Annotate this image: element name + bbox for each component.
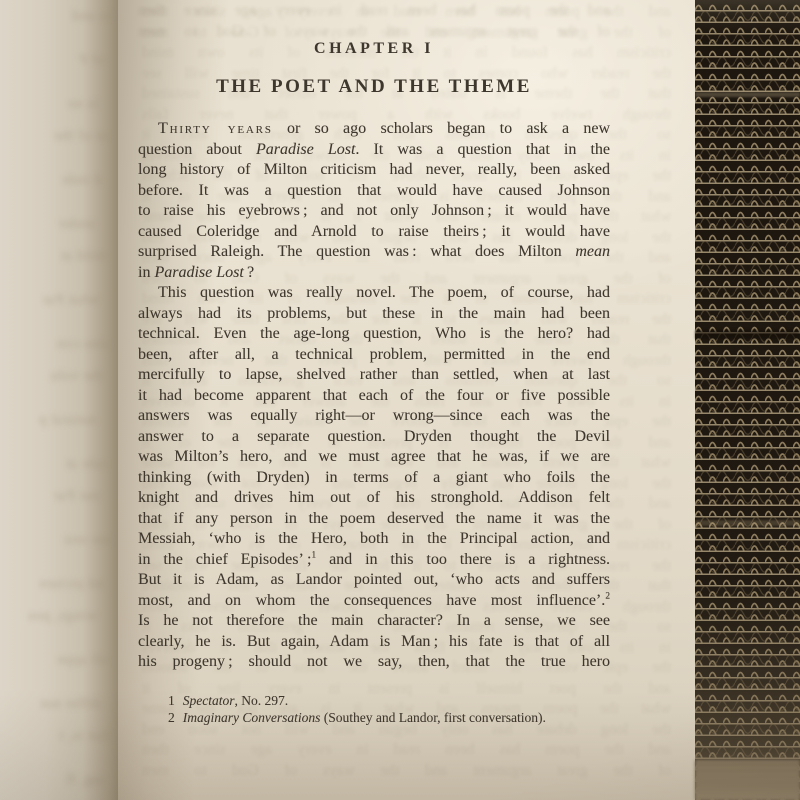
footnote-text: Spectator, No. 297. xyxy=(183,693,288,708)
facing-page-fragment: d inde xyxy=(62,172,102,189)
facing-page-fragment: to and xyxy=(72,8,112,25)
body-line: caused Coleridge and Arnold to raise the… xyxy=(138,222,610,243)
body-line: to raise his eyebrows ; and not only Joh… xyxy=(138,201,610,222)
facing-page-fragment: natural p xyxy=(39,412,96,429)
body-line: thinking (with Dryden) in terms of a gia… xyxy=(138,468,610,489)
facing-page-fragment: me rest xyxy=(64,532,111,549)
body-line: it had become apparent that each of the … xyxy=(138,386,610,407)
footnote: 1Spectator, No. 297. xyxy=(138,692,610,709)
body-line: clearly, he is. But again, Adam is Man ;… xyxy=(138,632,610,653)
footnote-number: 2 xyxy=(168,709,175,726)
facing-page-fragment: sale at xyxy=(66,456,107,473)
showthrough-line: and the poem has been read in every age … xyxy=(138,1,610,22)
body-line: that if any person in the poem deserved … xyxy=(138,509,610,530)
body-line: knight and drives him out of his strongh… xyxy=(138,488,610,509)
cardboard-flutes-texture xyxy=(695,0,800,800)
facing-page-fragment: ains con xyxy=(56,336,110,353)
facing-page-fragment: that is, t xyxy=(59,728,112,745)
facing-page-fragment: out Par xyxy=(54,488,100,505)
body-line: in Paradise Lost ? xyxy=(138,263,610,284)
showthrough-line: and the poem has been read in every age … xyxy=(142,2,671,23)
body-line: Messiah, ‘who is the Hero, both in the P… xyxy=(138,529,610,550)
footnote-number: 1 xyxy=(168,692,175,709)
facing-page-fragment: ing, fl xyxy=(66,772,105,789)
facing-page-fragment: wings, pos xyxy=(28,608,97,625)
body-line: long history of Milton criticism had nev… xyxy=(138,160,610,181)
facing-page-fragment: se of the xyxy=(54,128,109,145)
showthrough-text-top: and the poem has been read in every age … xyxy=(138,1,610,42)
body-line: Thirty years or so ago scholars began to… xyxy=(138,119,610,140)
footnote-text: Imaginary Conversations (Southey and Lan… xyxy=(183,710,546,725)
body-line: This question was really novel. The poem… xyxy=(138,283,610,304)
chapter-heading: CHAPTER I xyxy=(138,40,610,58)
showthrough-line: of the great argument and the ways of Go… xyxy=(142,761,671,782)
facing-page-fragment: mild at xyxy=(60,248,106,265)
body-line: technical. Even the age-long question, W… xyxy=(138,324,610,345)
body-line: answers was equally right—or wrong—since… xyxy=(138,406,610,427)
body-line: Is he not therefore the main character? … xyxy=(138,611,610,632)
facing-page-fragment: of P xyxy=(78,52,105,69)
facing-page-fragment: differ not xyxy=(40,696,101,713)
body-line: was Milton’s hero, and we must agree tha… xyxy=(138,447,610,468)
body-line: in the chief Episodes’ ;1 and in this to… xyxy=(138,550,610,571)
book-page-photo: to andof Pis nese of thed indeundermild … xyxy=(0,0,800,800)
book-page: and the poem has been read in every age … xyxy=(118,0,697,800)
showthrough-line: of the great argument and the ways of Go… xyxy=(138,22,610,43)
footnote: 2Imaginary Conversations (Southey and La… xyxy=(138,709,610,726)
facing-page-fragment: nd picture xyxy=(39,576,104,593)
body-line: surprised Raleigh. The question was : wh… xyxy=(138,242,610,263)
body-line: before. It was a question that would hav… xyxy=(138,181,610,202)
body-line: his progeny ; should not we say, then, t… xyxy=(138,652,610,673)
body-line: mercifully to lapse, shelved rather than… xyxy=(138,365,610,386)
body-line: most, and on whom the consequences have … xyxy=(138,591,610,612)
footnotes: 1Spectator, No. 297.2Imaginary Conversat… xyxy=(138,692,610,726)
body-line: always had its problems, but these in th… xyxy=(138,304,610,325)
facing-page: to andof Pis nese of thed indeundermild … xyxy=(0,0,118,800)
facing-page-fragment: what Par xyxy=(42,292,99,309)
body-text: Thirty years or so ago scholars began to… xyxy=(138,119,610,673)
facing-page-fragment: is ne xyxy=(68,96,98,113)
facing-page-fragment: all appe xyxy=(57,652,108,669)
cardboard-background xyxy=(695,0,800,800)
body-line: question about Paradise Lost. It was a q… xyxy=(138,140,610,161)
body-line: But it is Adam, as Landor pointed out, ‘… xyxy=(138,570,610,591)
body-line: been, after all, a technical problem, pe… xyxy=(138,345,610,366)
body-line: answer to a separate question. Dryden th… xyxy=(138,427,610,448)
facing-page-fragment: the volu xyxy=(50,368,103,385)
facing-page-fragment: under xyxy=(58,216,95,233)
page-title: THE POET AND THE THEME xyxy=(138,76,610,98)
facing-page-blurred-fragments: to andof Pis nese of thed indeundermild … xyxy=(0,0,118,800)
showthrough-line: and the poem has been read in every age … xyxy=(142,740,671,761)
